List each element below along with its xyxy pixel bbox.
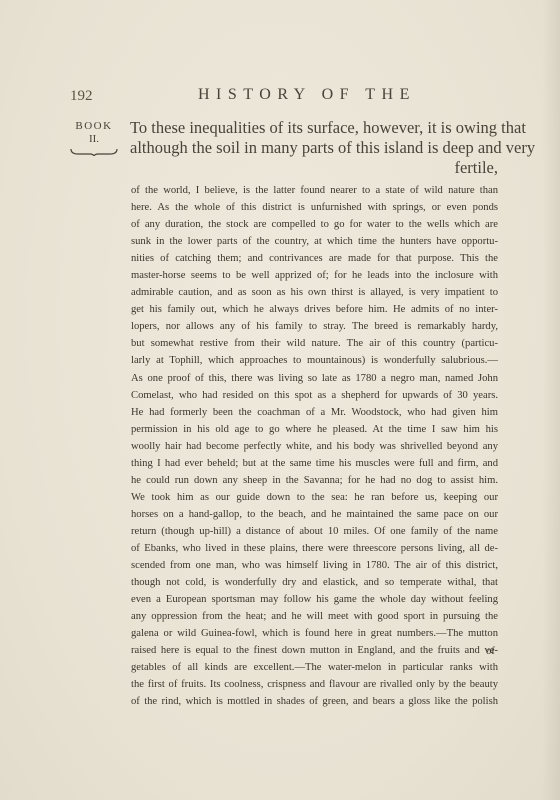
body-line: galena or wild Guinea-fowl, which is fou… bbox=[131, 625, 498, 642]
body-line: We took him as our guide down to the sea… bbox=[131, 489, 498, 506]
body-line: lopers, nor allows any of his family to … bbox=[131, 318, 498, 335]
body-line: scended from one man, who was himself li… bbox=[131, 557, 498, 574]
body-line: getables of all kinds are excellent.—The… bbox=[131, 659, 498, 676]
body-line: even a European sportsman may follow his… bbox=[131, 591, 498, 608]
body-line: He had formerly been the coachman of a M… bbox=[131, 404, 498, 421]
catchword: of bbox=[486, 646, 495, 657]
body-line: raised here is equal to the finest down … bbox=[131, 642, 498, 659]
body-line: thing I had ever beheld; but at the same… bbox=[131, 455, 498, 472]
body-line: the first of fruits. Its coolness, crisp… bbox=[131, 676, 498, 693]
body-line: of the world, I believe, is the latter f… bbox=[131, 182, 498, 199]
body-line: sunk in the lower parts of the country, … bbox=[131, 233, 498, 250]
body-line: of the rind, which is mottled in shades … bbox=[131, 693, 498, 710]
body-line: Comelast, who had resided on this spot a… bbox=[131, 387, 498, 404]
body-line: of Ebanks, who lived in these plains, th… bbox=[131, 540, 498, 557]
body-line: he could run down any sheep in the Savan… bbox=[131, 472, 498, 489]
body-line: woolly hair had become perfectly white, … bbox=[131, 438, 498, 455]
body-line: nities of catching them; and contrivance… bbox=[131, 250, 498, 267]
book-sidenote: BOOK II. bbox=[68, 120, 120, 156]
page-number: 192 bbox=[70, 88, 93, 105]
opening-line: fertile, bbox=[130, 158, 498, 178]
brace-ornament-icon bbox=[70, 148, 118, 156]
body-line: here. As the whole of this district is u… bbox=[131, 199, 498, 216]
body-line: horses on a hand-gallop, to the beach, a… bbox=[131, 506, 498, 523]
opening-line: although the soil in many parts of this … bbox=[130, 138, 498, 158]
body-line: get his family out, which he always driv… bbox=[131, 301, 498, 318]
body-line: any oppression from the heat; and he wil… bbox=[131, 608, 498, 625]
body-line: return (though up-hill) a distance of ab… bbox=[131, 523, 498, 540]
body-line: larly at Tophill, which approaches to mo… bbox=[131, 352, 498, 369]
body-line: of any duration, the stock are compelled… bbox=[131, 216, 498, 233]
body-line: though not cold, is wonderfully dry and … bbox=[131, 574, 498, 591]
body-line: As one proof of this, there was living s… bbox=[131, 370, 498, 387]
running-head: HISTORY OF THE bbox=[198, 86, 416, 104]
sidenote-book-label: BOOK bbox=[68, 120, 120, 133]
opening-line: To these inequalities of its surface, ho… bbox=[130, 118, 498, 138]
body-line: master-horse seems to be well apprized o… bbox=[131, 267, 498, 284]
body-line: but somewhat restive from their wild nat… bbox=[131, 335, 498, 352]
body-line: admirable caution, and as soon as his ow… bbox=[131, 284, 498, 301]
page-edge-shadow bbox=[542, 0, 560, 800]
body-text-block: of the world, I believe, is the latter f… bbox=[131, 182, 498, 710]
opening-paragraph: To these inequalities of its surface, ho… bbox=[130, 118, 498, 178]
sidenote-book-number: II. bbox=[68, 133, 120, 146]
body-line: permission in his old age to go where he… bbox=[131, 421, 498, 438]
